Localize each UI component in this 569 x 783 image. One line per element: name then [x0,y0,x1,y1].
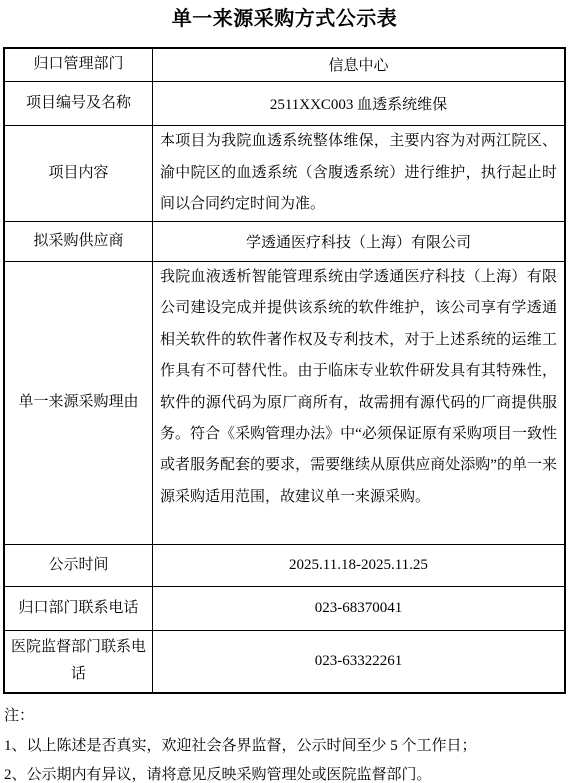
row-value: 信息中心 [153,48,566,81]
page-title: 单一来源采购方式公示表 [0,6,569,32]
note-item-2: 2、公示期内有异议，请将意见反映采购管理处或医院监督部门。 [4,761,569,783]
table-row-supervision-phone: 医院监督部门联系电话 023-63322261 [4,630,565,693]
row-value: 本项目为我院血透系统整体维保，主要内容为对两江院区、渝中院区的血透系统（含腹透系… [153,125,566,221]
procurement-form-table: 归口管理部门 信息中心 项目编号及名称 2511XXC003 血透系统维保 项目… [3,47,566,694]
note-item-1: 1、以上陈述是否真实，欢迎社会各界监督，公示时间至少 5 个工作日； [4,732,569,762]
row-label: 归口部门联系电话 [4,586,153,630]
row-label: 项目内容 [4,125,153,221]
row-label: 医院监督部门联系电话 [4,630,153,693]
notes-section: 注： 1、以上陈述是否真实，欢迎社会各界监督，公示时间至少 5 个工作日； 2、… [4,702,569,783]
single-source-reason-paragraph: 我院血液透析智能管理系统由学透通医疗科技（上海）有限公司建设完成并提供该系统的软… [153,262,564,543]
row-value: 我院血液透析智能管理系统由学透通医疗科技（上海）有限公司建设完成并提供该系统的软… [153,261,566,544]
table-row-project-content: 项目内容 本项目为我院血透系统整体维保，主要内容为对两江院区、渝中院区的血透系统… [4,125,565,221]
table-row-proposed-supplier: 拟采购供应商 学透通医疗科技（上海）有限公司 [4,221,565,261]
project-content-paragraph: 本项目为我院血透系统整体维保，主要内容为对两江院区、渝中院区的血透系统（含腹透系… [153,126,564,220]
row-label: 单一来源采购理由 [4,261,153,544]
document-page: 单一来源采购方式公示表 归口管理部门 信息中心 项目编号及名称 2511XXC0… [0,6,569,783]
table-row-publicity-period: 公示时间 2025.11.18-2025.11.25 [4,544,565,586]
row-label: 归口管理部门 [4,48,153,81]
table-row-department-phone: 归口部门联系电话 023-68370041 [4,586,565,630]
row-value: 2511XXC003 血透系统维保 [153,81,566,125]
row-label: 拟采购供应商 [4,221,153,261]
table-row-project-number-name: 项目编号及名称 2511XXC003 血透系统维保 [4,81,565,125]
row-label: 公示时间 [4,544,153,586]
row-value: 学透通医疗科技（上海）有限公司 [153,221,566,261]
table-row-single-source-reason: 单一来源采购理由 我院血液透析智能管理系统由学透通医疗科技（上海）有限公司建设完… [4,261,565,544]
table-row-managing-department: 归口管理部门 信息中心 [4,48,565,81]
row-value: 2025.11.18-2025.11.25 [153,544,566,586]
row-label: 项目编号及名称 [4,81,153,125]
row-value: 023-63322261 [153,630,566,693]
row-value: 023-68370041 [153,586,566,630]
notes-heading: 注： [4,702,569,732]
